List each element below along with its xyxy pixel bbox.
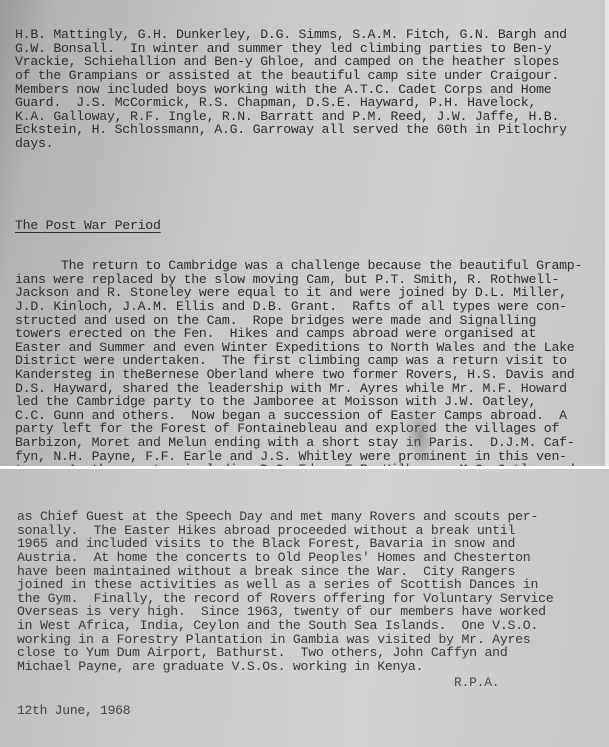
bottom-text-block: as Chief Guest at the Speech Day and met… — [17, 483, 553, 701]
text-line: D.S. Hayward, shared the leadership with… — [15, 382, 590, 396]
text-line: J.D. Kinloch, J.A.M. Ellis and D.B. Gran… — [15, 300, 590, 314]
text-line: as Chief Guest at the Speech Day and met… — [17, 510, 553, 524]
text-line: Austria. At home the concerts to Old Peo… — [17, 551, 553, 565]
post-war-paragraph: The return to Cambridge was a challenge … — [15, 259, 590, 466]
text-line: Overseas is very high. Since 1963, twent… — [17, 605, 553, 619]
top-text-block: H.B. Mattingly, G.H. Dunkerley, D.G. Sim… — [15, 1, 590, 466]
intro-paragraph: H.B. Mattingly, G.H. Dunkerley, D.G. Sim… — [15, 28, 590, 150]
signoff-initials: R.P.A. — [454, 676, 499, 690]
text-line: Barbizon, Moret and Melun ending with a … — [15, 436, 590, 450]
text-line: District were undertaken. The first clim… — [15, 354, 590, 368]
text-line: of the Grampians or assisted at the beau… — [15, 69, 590, 83]
text-line: structed and used on the Cam. Rope bridg… — [15, 314, 590, 328]
text-line: Members now included boys working with t… — [15, 83, 590, 97]
text-line: Easter and Summer and even Winter Expedi… — [15, 341, 590, 355]
continuation-paragraph: as Chief Guest at the Speech Day and met… — [17, 510, 553, 673]
text-line: C.C. Gunn and others. Now began a succes… — [15, 409, 590, 423]
text-line: G.W. Bonsall. In winter and summer they … — [15, 42, 590, 56]
text-line: ians were replaced by the slow moving Ca… — [15, 273, 590, 287]
text-line: the Gym. Finally, the record of Rovers o… — [17, 592, 553, 606]
text-line: close to Yum Dum Airport, Bathurst. Two … — [17, 646, 553, 660]
text-line: in West Africa, India, Ceylon and the So… — [17, 619, 553, 633]
page-edge — [605, 0, 609, 466]
text-line: working in a Forestry Plantation in Gamb… — [17, 633, 553, 647]
section-heading: The Post War Period — [15, 219, 161, 233]
document-date: 12th June, 1968 — [17, 704, 130, 718]
text-line: joined in these activities as well as a … — [17, 578, 553, 592]
heading-line: The Post War Period — [15, 219, 590, 233]
text-line: Jackson and R. Stoneley were equal to it… — [15, 286, 590, 300]
text-line: towers erected on the Fen. Hikes and cam… — [15, 327, 590, 341]
text-line: 1965 and included visits to the Black Fo… — [17, 537, 553, 551]
text-line: Eckstein, H. Schlossmann, A.G. Garroway … — [15, 123, 590, 137]
paragraph-gap — [15, 178, 590, 192]
text-line: K.A. Galloway, R.F. Ingle, R.N. Barratt … — [15, 110, 590, 124]
text-line: Kandersteg in theBernese Oberland where … — [15, 368, 590, 382]
top-page-photo: H.B. Mattingly, G.H. Dunkerley, D.G. Sim… — [0, 0, 609, 466]
text-line: days. — [15, 137, 590, 151]
text-line: The return to Cambridge was a challenge … — [15, 259, 590, 273]
text-line: have been maintained without a break sin… — [17, 565, 553, 579]
text-line: Michael Payne, are graduate V.S.Os. work… — [17, 660, 553, 674]
text-line: Vrackie, Schiehallion and Ben-y Ghloe, a… — [15, 55, 590, 69]
text-line: fyn, N.H. Payne, F.F. Earle and J.S. Whi… — [15, 450, 590, 464]
bottom-page-photo: as Chief Guest at the Speech Day and met… — [0, 469, 609, 747]
text-line: sonally. The Easter Hikes abroad proceed… — [17, 524, 553, 538]
text-line: Guard. J.S. McCormick, R.S. Chapman, D.S… — [15, 96, 590, 110]
text-line: party left for the Forest of Fontaineble… — [15, 422, 590, 436]
text-line: led the Cambridge party to the Jamboree … — [15, 395, 590, 409]
text-line: H.B. Mattingly, G.H. Dunkerley, D.G. Sim… — [15, 28, 590, 42]
